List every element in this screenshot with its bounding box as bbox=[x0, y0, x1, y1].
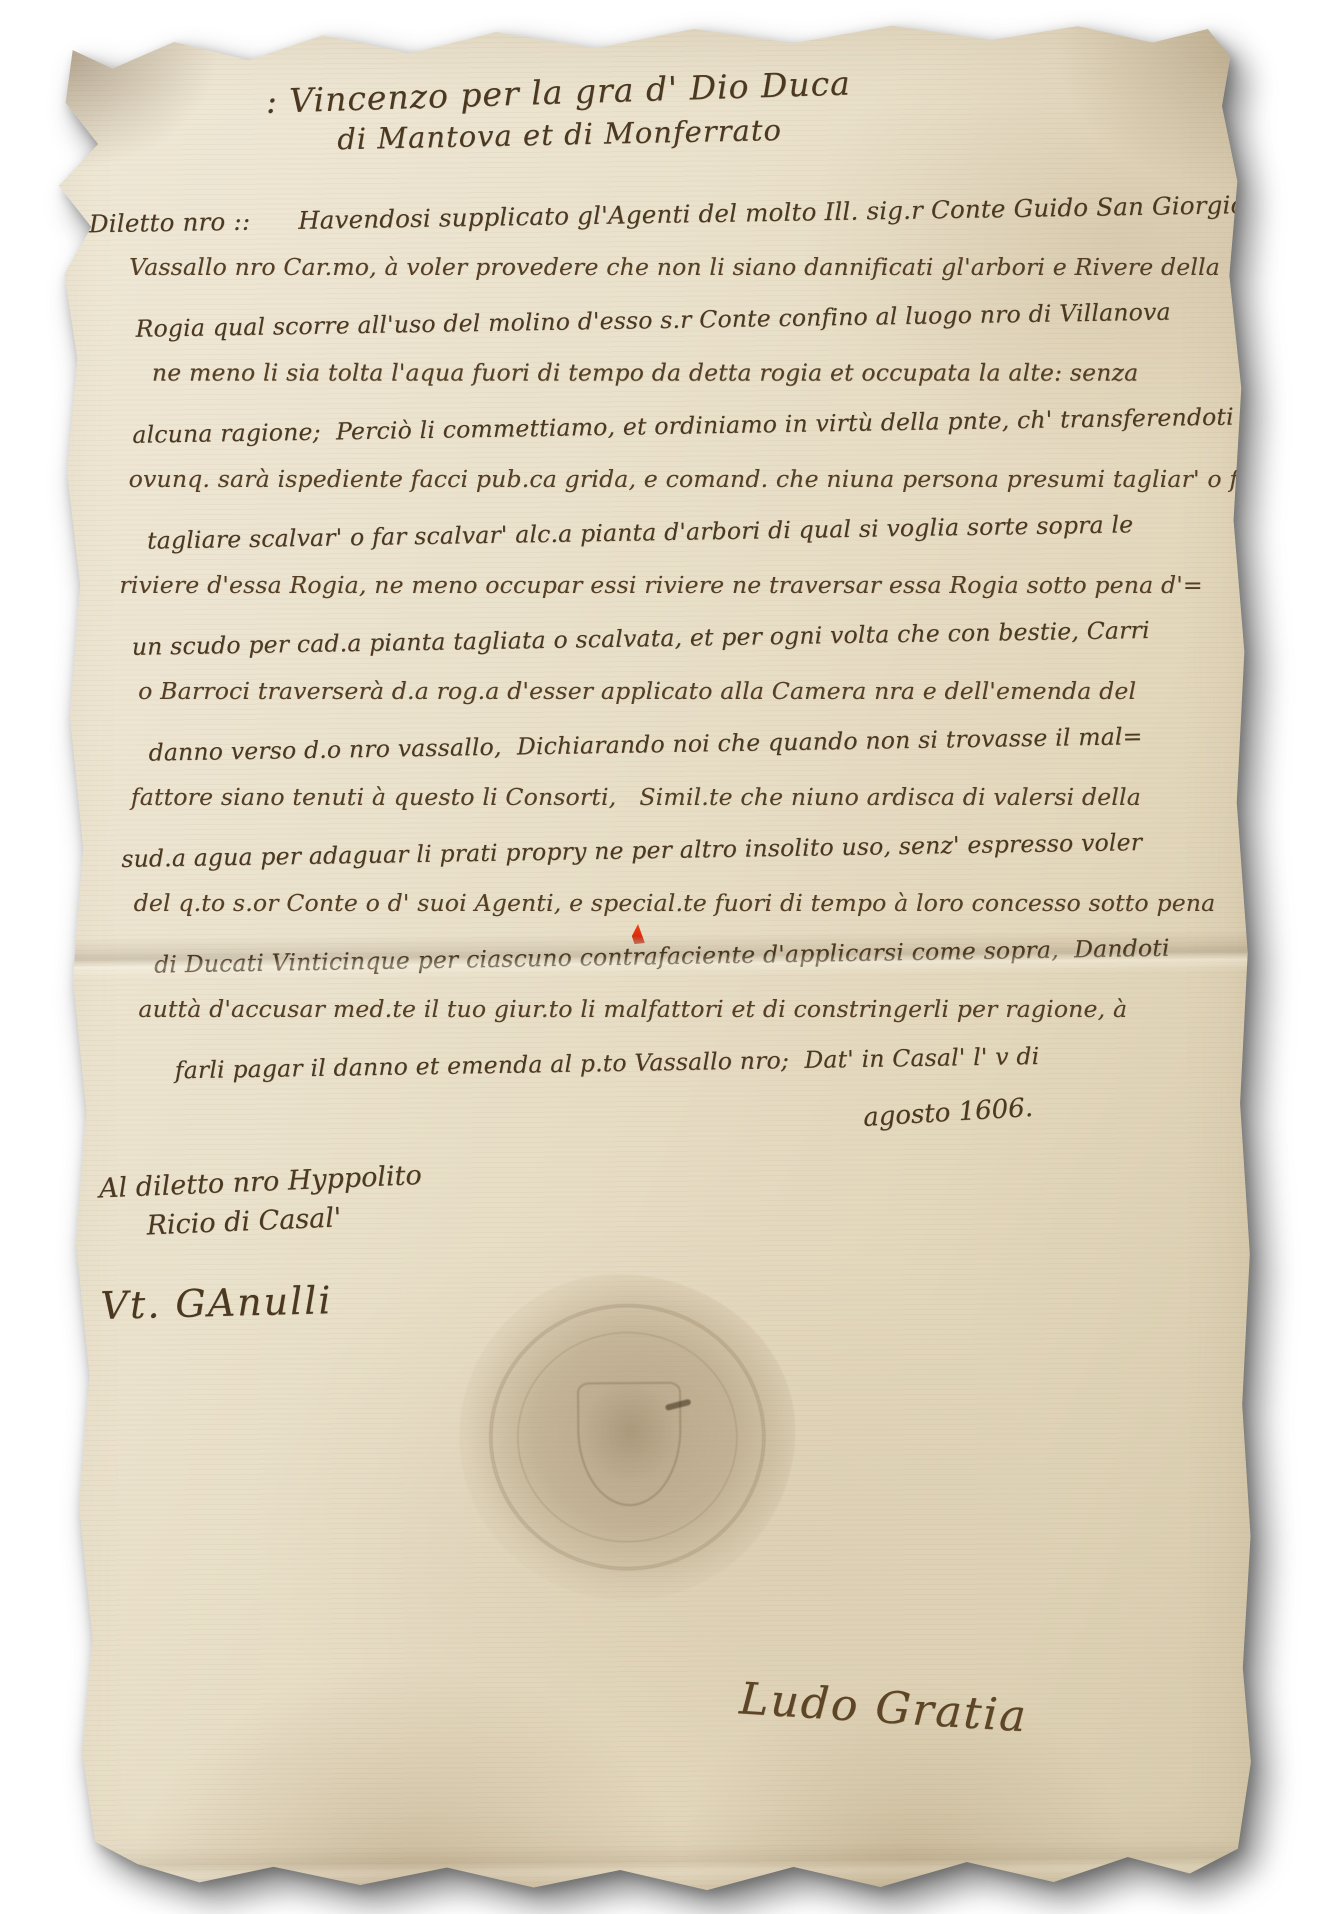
fold-crease bbox=[38, 1840, 1276, 1891]
body-line: del q.to s.or Conte o d' suoi Agenti, e … bbox=[134, 877, 1224, 930]
signature: Ludo Gratia bbox=[738, 1673, 1029, 1742]
address-block: Al diletto nro Hyppolito Ricio di Casal' bbox=[98, 1160, 424, 1243]
body-line: ne meno li sia tolta l'aqua fuori di tem… bbox=[152, 347, 1220, 400]
body-line: riviere d'essa Rogia, ne meno occupar es… bbox=[119, 559, 1221, 612]
body-line: farli pagar il danno et emenda al p.to V… bbox=[174, 1027, 1225, 1097]
body-line: Rogia qual scorre all'uso del molino d'e… bbox=[135, 285, 1220, 356]
body-line: tagliare scalvar' o far scalvar' alc.a p… bbox=[147, 497, 1222, 568]
manuscript-page: : Vincenzo per la gra d' Dio Duca di Man… bbox=[32, 16, 1270, 1898]
aged-paper-sheet: : Vincenzo per la gra d' Dio Duca di Man… bbox=[25, 12, 1276, 1903]
embossed-seal-stain bbox=[458, 1273, 796, 1601]
address-line-2: Ricio di Casal' bbox=[100, 1199, 424, 1243]
letter-body: Diletto nro :: Havendosi supplicato gl'A… bbox=[73, 184, 1225, 1093]
address-line-1: Al diletto nro Hyppolito bbox=[98, 1160, 422, 1204]
body-line: ovunq. sarà ispediente facci pub.ca grid… bbox=[129, 453, 1221, 506]
dateline: agosto 1606. bbox=[862, 1093, 1033, 1133]
body-line: sud.a agua per adaguar li prati propry n… bbox=[121, 815, 1224, 886]
body-line: auttà d'accusar med.te il tuo giur.to li… bbox=[138, 983, 1224, 1036]
body-line: o Barroci traverserà d.a rog.a d'esser a… bbox=[138, 665, 1222, 718]
body-line: alcuna ragione; Perciò li commettiamo, e… bbox=[132, 391, 1221, 462]
body-line: di Ducati Vinticinque per ciascuno contr… bbox=[154, 921, 1225, 992]
body-line: Diletto nro :: Havendosi supplicato gl'A… bbox=[88, 179, 1219, 251]
body-line: un scudo per cad.a pianta tagliata o sca… bbox=[131, 603, 1222, 674]
body-line: danno verso d.o nro vassallo, Dichiarand… bbox=[148, 709, 1223, 780]
body-line: fattore siano tenuti à questo li Consort… bbox=[131, 771, 1223, 824]
body-line: Vassallo nro Car.mo, à voler provedere c… bbox=[129, 241, 1219, 294]
countersignature: Vt. GAnulli bbox=[100, 1278, 333, 1328]
letter-heading: : Vincenzo per la gra d' Dio Duca di Man… bbox=[174, 61, 944, 164]
